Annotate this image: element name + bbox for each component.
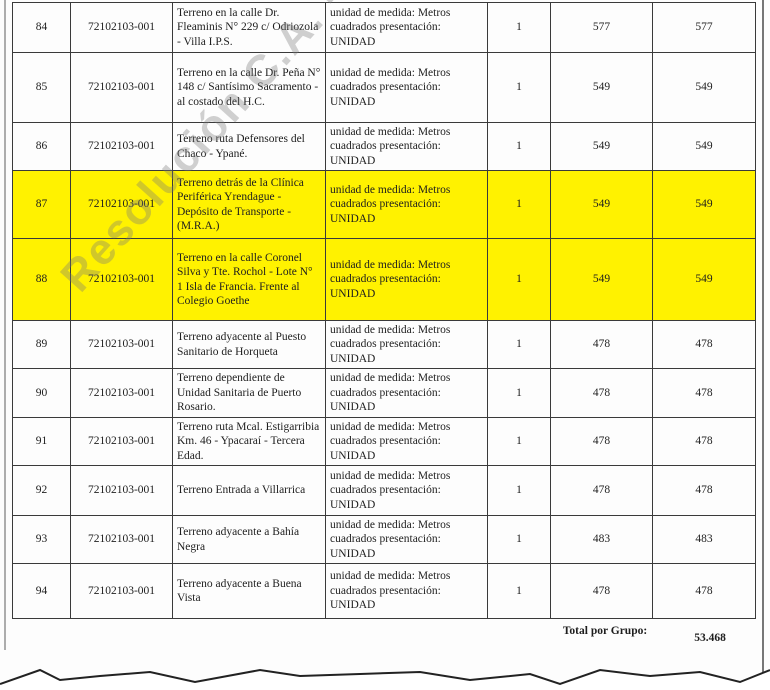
- unit-price: 549: [551, 123, 653, 171]
- item-code: 72102103-001: [71, 239, 173, 321]
- unit-price: 478: [551, 564, 653, 619]
- row-number: 94: [13, 564, 71, 619]
- items-table: 8472102103-001Terreno en la calle Dr. Fl…: [12, 2, 756, 619]
- row-total: 478: [653, 466, 756, 516]
- table-row: 9372102103-001Terreno adyacente a Bahía …: [13, 516, 756, 564]
- quantity: 1: [488, 239, 551, 321]
- item-description: Terreno en la calle Dr. Peña N° 148 c/ S…: [173, 53, 326, 123]
- row-total: 478: [653, 369, 756, 418]
- unit-price: 483: [551, 516, 653, 564]
- table-row: 9272102103-001Terreno Entrada a Villarri…: [13, 466, 756, 516]
- table-row: 9072102103-001Terreno dependiente de Uni…: [13, 369, 756, 418]
- unit-of-measure: unidad de medida: Metros cuadrados prese…: [326, 171, 488, 239]
- quantity: 1: [488, 321, 551, 369]
- unit-of-measure: unidad de medida: Metros cuadrados prese…: [326, 466, 488, 516]
- unit-of-measure: unidad de medida: Metros cuadrados prese…: [326, 564, 488, 619]
- unit-price: 478: [551, 369, 653, 418]
- unit-of-measure: unidad de medida: Metros cuadrados prese…: [326, 239, 488, 321]
- row-number: 85: [13, 53, 71, 123]
- row-total: 577: [653, 3, 756, 53]
- row-number: 87: [13, 171, 71, 239]
- item-code: 72102103-001: [71, 466, 173, 516]
- item-description: Terreno ruta Mcal. Estigarribia Km. 46 -…: [173, 418, 326, 466]
- row-total: 549: [653, 171, 756, 239]
- item-description: Terreno en la calle Coronel Silva y Tte.…: [173, 239, 326, 321]
- total-label: Total por Grupo:: [560, 624, 650, 639]
- table-row: 8972102103-001Terreno adyacente al Puest…: [13, 321, 756, 369]
- row-number: 90: [13, 369, 71, 418]
- torn-paper-edge: [0, 640, 770, 690]
- unit-price: 478: [551, 466, 653, 516]
- table-body: 8472102103-001Terreno en la calle Dr. Fl…: [13, 3, 756, 619]
- item-code: 72102103-001: [71, 53, 173, 123]
- item-description: Terreno dependiente de Unidad Sanitaria …: [173, 369, 326, 418]
- item-description: Terreno Entrada a Villarrica: [173, 466, 326, 516]
- page-edge-left: [4, 0, 6, 650]
- quantity: 1: [488, 466, 551, 516]
- row-number: 91: [13, 418, 71, 466]
- quantity: 1: [488, 369, 551, 418]
- unit-of-measure: unidad de medida: Metros cuadrados prese…: [326, 3, 488, 53]
- row-total: 483: [653, 516, 756, 564]
- row-total: 478: [653, 321, 756, 369]
- row-total: 549: [653, 123, 756, 171]
- table-row: 8572102103-001Terreno en la calle Dr. Pe…: [13, 53, 756, 123]
- item-code: 72102103-001: [71, 418, 173, 466]
- row-number: 92: [13, 466, 71, 516]
- table-row: 8772102103-001Terreno detrás de la Clíni…: [13, 171, 756, 239]
- quantity: 1: [488, 3, 551, 53]
- item-description: Terreno adyacente a Buena Vista: [173, 564, 326, 619]
- unit-of-measure: unidad de medida: Metros cuadrados prese…: [326, 53, 488, 123]
- unit-of-measure: unidad de medida: Metros cuadrados prese…: [326, 418, 488, 466]
- row-total: 549: [653, 53, 756, 123]
- scanned-document-page: 8472102103-001Terreno en la calle Dr. Fl…: [0, 0, 770, 690]
- quantity: 1: [488, 516, 551, 564]
- unit-price: 549: [551, 53, 653, 123]
- quantity: 1: [488, 564, 551, 619]
- unit-of-measure: unidad de medida: Metros cuadrados prese…: [326, 369, 488, 418]
- item-code: 72102103-001: [71, 123, 173, 171]
- unit-price: 549: [551, 239, 653, 321]
- unit-price: 577: [551, 3, 653, 53]
- row-total: 478: [653, 564, 756, 619]
- table-row: 8872102103-001Terreno en la calle Corone…: [13, 239, 756, 321]
- item-description: Terreno en la calle Dr. Fleaminis N° 229…: [173, 3, 326, 53]
- page-edge-right: [762, 0, 764, 680]
- row-number: 84: [13, 3, 71, 53]
- unit-price: 549: [551, 171, 653, 239]
- item-description: Terreno adyacente al Puesto Sanitario de…: [173, 321, 326, 369]
- item-description: Terreno ruta Defensores del Chaco - Ypan…: [173, 123, 326, 171]
- item-description: Terreno adyacente a Bahía Negra: [173, 516, 326, 564]
- item-code: 72102103-001: [71, 321, 173, 369]
- row-total: 478: [653, 418, 756, 466]
- quantity: 1: [488, 123, 551, 171]
- unit-price: 478: [551, 418, 653, 466]
- item-description: Terreno detrás de la Clínica Periférica …: [173, 171, 326, 239]
- row-number: 89: [13, 321, 71, 369]
- quantity: 1: [488, 171, 551, 239]
- item-code: 72102103-001: [71, 3, 173, 53]
- item-code: 72102103-001: [71, 171, 173, 239]
- row-total: 549: [653, 239, 756, 321]
- table-row: 9472102103-001Terreno adyacente a Buena …: [13, 564, 756, 619]
- row-number: 88: [13, 239, 71, 321]
- table-row: 8472102103-001Terreno en la calle Dr. Fl…: [13, 3, 756, 53]
- row-number: 86: [13, 123, 71, 171]
- unit-of-measure: unidad de medida: Metros cuadrados prese…: [326, 516, 488, 564]
- row-number: 93: [13, 516, 71, 564]
- table-row: 8672102103-001Terreno ruta Defensores de…: [13, 123, 756, 171]
- unit-price: 478: [551, 321, 653, 369]
- item-code: 72102103-001: [71, 516, 173, 564]
- quantity: 1: [488, 53, 551, 123]
- item-code: 72102103-001: [71, 564, 173, 619]
- unit-of-measure: unidad de medida: Metros cuadrados prese…: [326, 321, 488, 369]
- quantity: 1: [488, 418, 551, 466]
- item-code: 72102103-001: [71, 369, 173, 418]
- unit-of-measure: unidad de medida: Metros cuadrados prese…: [326, 123, 488, 171]
- table-row: 9172102103-001Terreno ruta Mcal. Estigar…: [13, 418, 756, 466]
